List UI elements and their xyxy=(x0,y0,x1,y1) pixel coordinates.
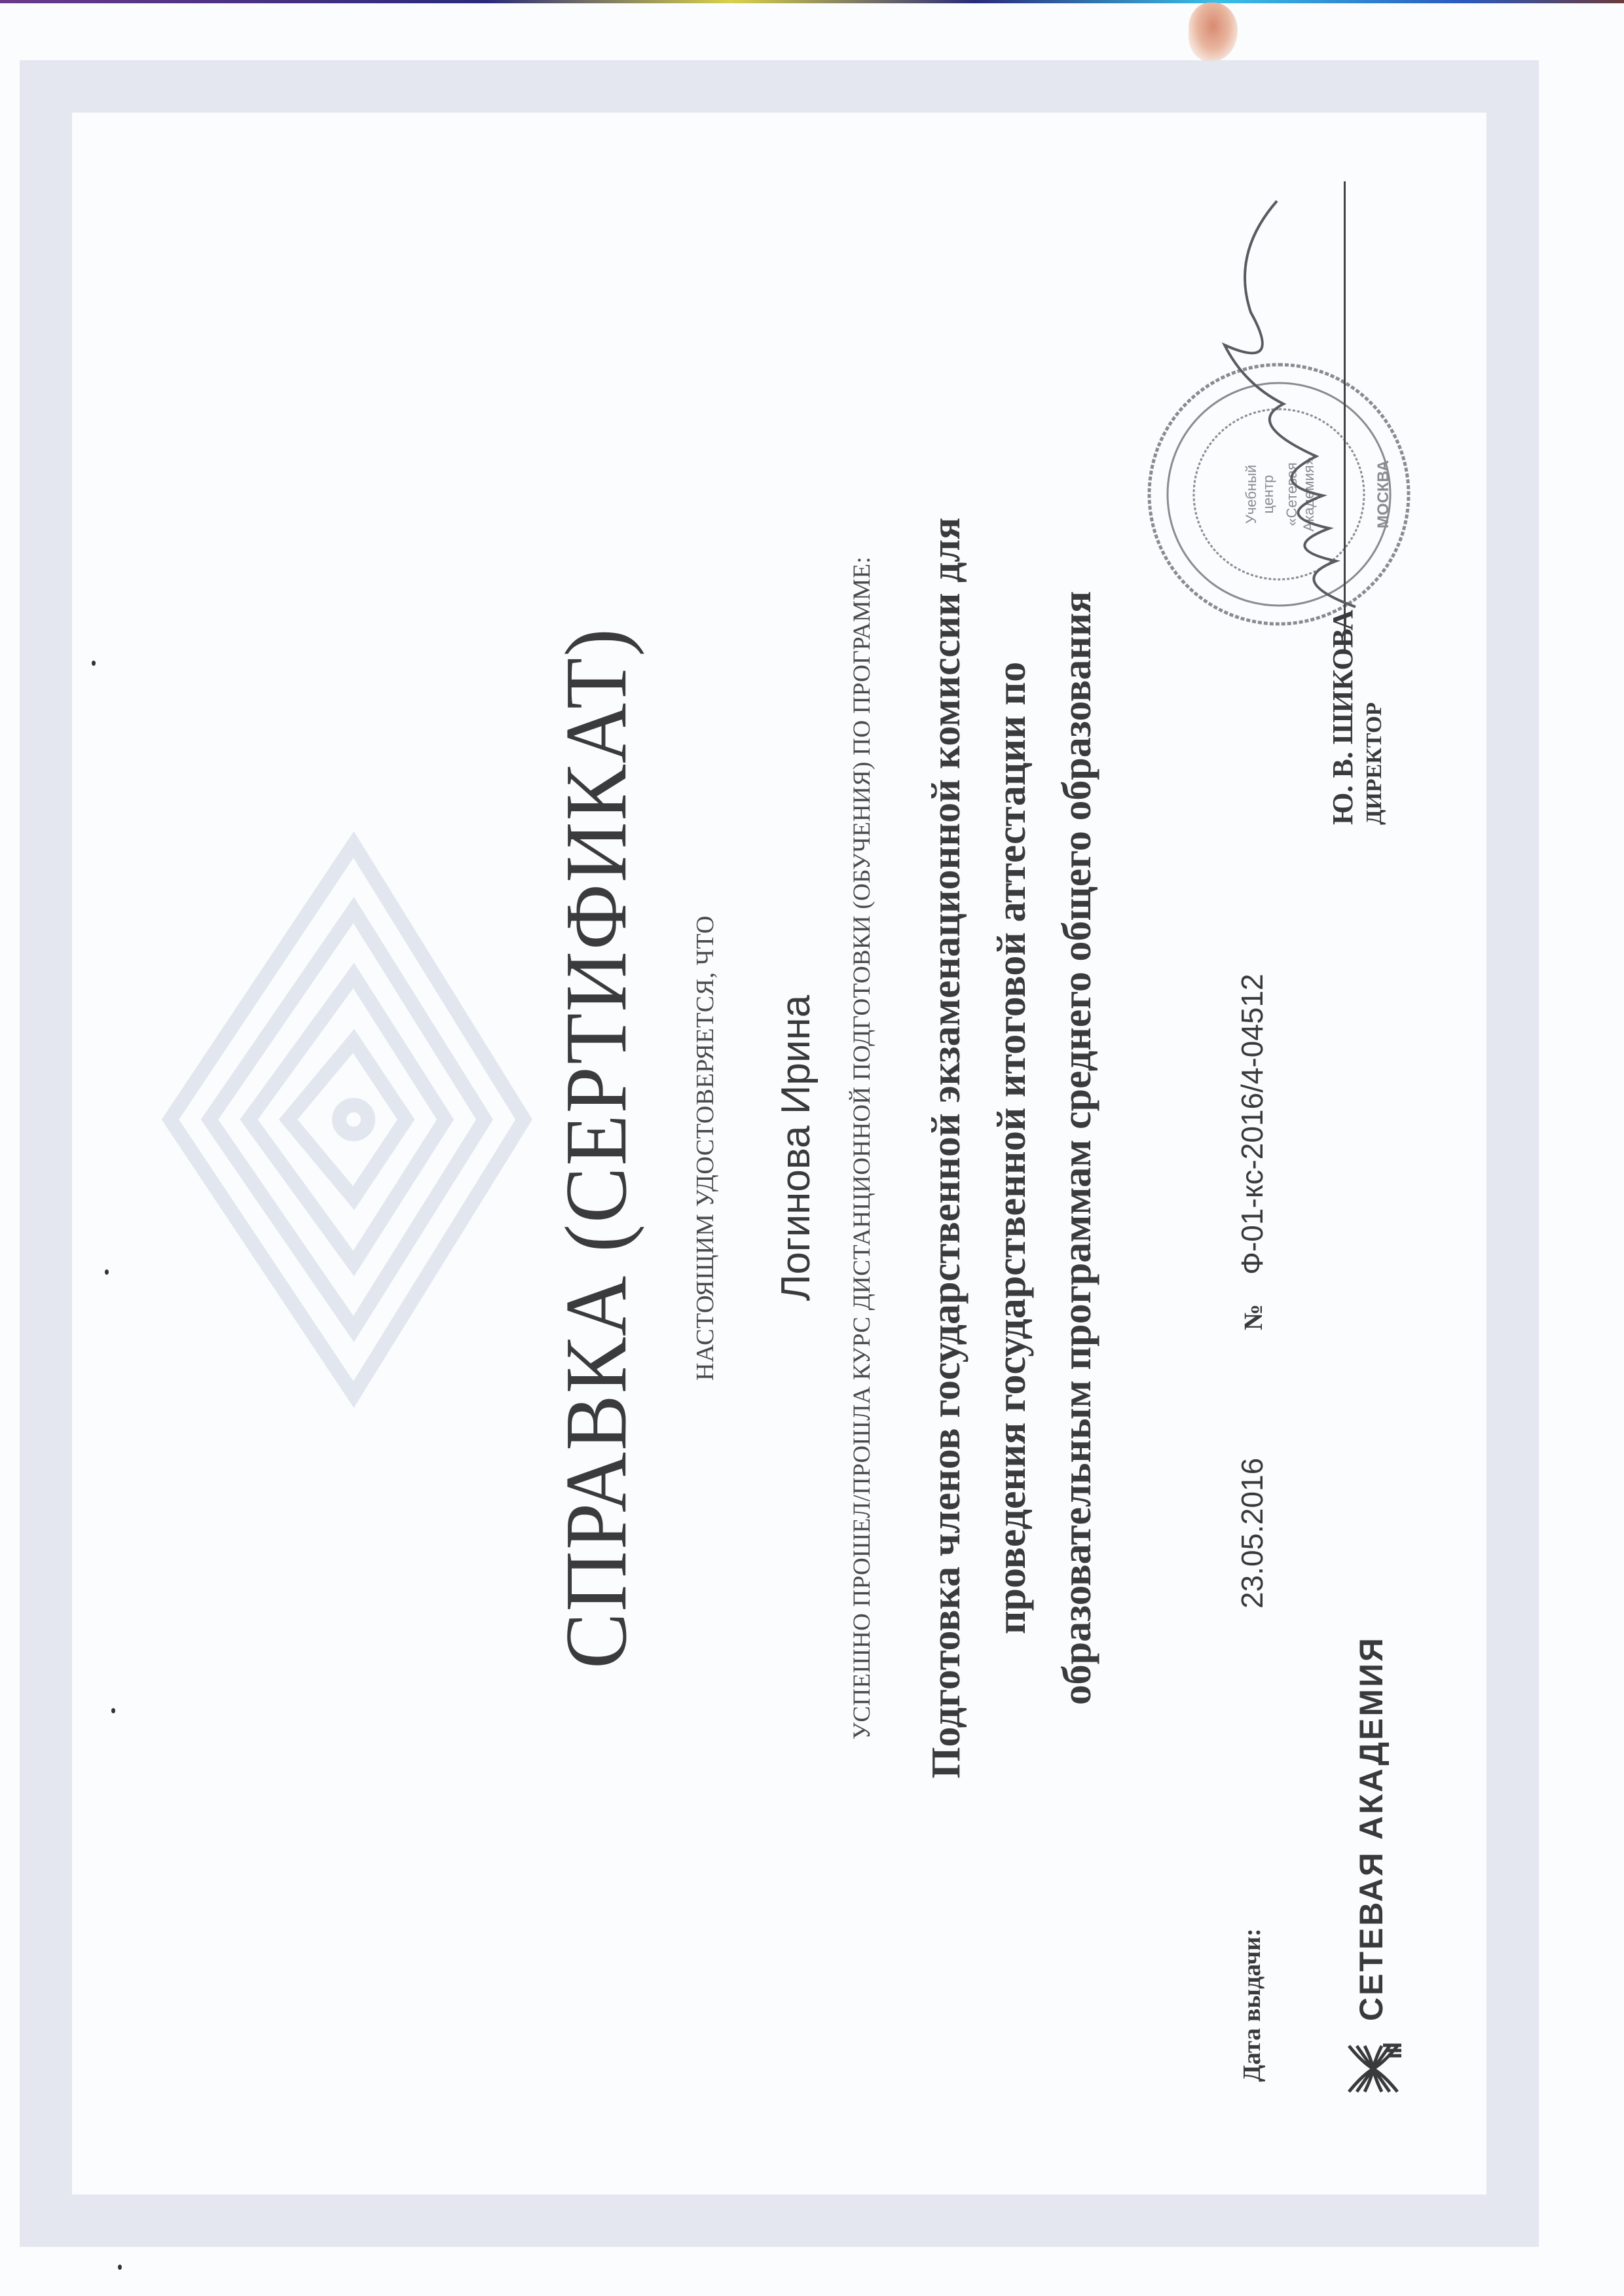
certificate-title: СПРАВКА (СЕРТИФИКАТ) xyxy=(558,0,634,2296)
certificate-page: СПРАВКА (СЕРТИФИКАТ) НАСТОЯЩИМ УДОСТОВЕР… xyxy=(0,0,1624,2296)
certificate-number: Ф-01-кс-2016/4-04512 xyxy=(1234,974,1270,1275)
signatory-title: ДИРЕКТОР xyxy=(1362,702,1387,825)
program-line: Подготовка членов государственной экзаме… xyxy=(913,0,979,2296)
organization-name: СЕТЕВАЯ АКАДЕМИЯ xyxy=(1352,1636,1390,2021)
issue-date-label: Дата выдачи: xyxy=(1238,1928,1266,2082)
program-title: Подготовка членов государственной экзаме… xyxy=(913,0,1110,2296)
completion-line: УСПЕШНО ПРОШЕЛ/ПРОШЛА КУРС ДИСТАНЦИОННОЙ… xyxy=(848,0,876,2296)
recipient-name: Логинова Ирина xyxy=(773,0,819,2296)
issue-date: 23.05.2016 xyxy=(1234,1458,1270,1609)
certify-line: НАСТОЯЩИМ УДОСТОВЕРЯЕТСЯ, ЧТО xyxy=(691,0,720,2296)
watermark-logo-icon xyxy=(157,831,537,1408)
handwritten-signature-icon xyxy=(1205,162,1375,620)
number-sign: № xyxy=(1238,1304,1268,1330)
program-line: образовательным программам среднего обще… xyxy=(1044,0,1110,2296)
program-line: проведения государственной итоговой атте… xyxy=(979,0,1044,2296)
svg-text:МОСКВА: МОСКВА xyxy=(1375,460,1392,528)
signatory-name: Ю. В. ШИКОВА xyxy=(1326,610,1359,825)
academy-logo-icon xyxy=(1342,2043,1405,2095)
